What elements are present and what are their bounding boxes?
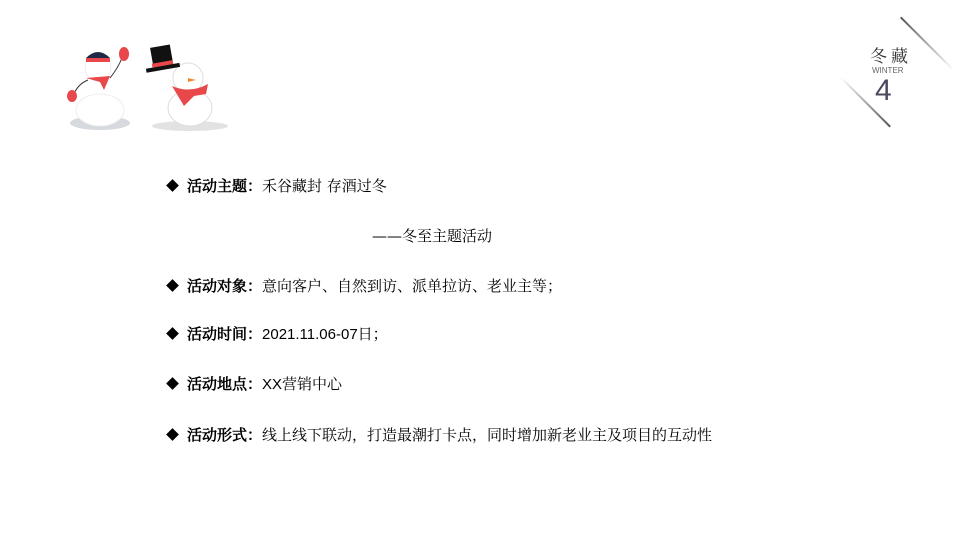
theme-subtitle: ——冬至主题活动	[372, 226, 492, 246]
item-label: 活动形式：	[187, 426, 262, 444]
item-label: 活动主题：	[187, 177, 262, 195]
list-item-audience: 活动对象：意向客户、自然到访、派单拉访、老业主等；	[165, 276, 562, 296]
badge-number: 4	[875, 74, 892, 108]
item-value: 禾谷藏封 存酒过冬	[262, 177, 387, 195]
diamond-bullet-icon	[166, 179, 179, 192]
snowmen-illustration	[60, 38, 235, 138]
list-item-theme: 活动主题：禾谷藏封 存酒过冬	[165, 176, 387, 196]
item-label: 活动时间：	[187, 325, 262, 343]
diamond-bullet-icon	[166, 327, 179, 340]
item-value: 意向客户、自然到访、派单拉访、老业主等；	[262, 277, 562, 295]
item-value: 2021.11.06-07日；	[262, 326, 388, 343]
list-item-time: 活动时间：2021.11.06-07日；	[165, 324, 388, 345]
section-badge: 冬藏 WINTER 4	[830, 10, 950, 130]
list-item-format: 活动形式：线上线下联动，打造最潮打卡点，同时增加新老业主及项目的互动性	[165, 425, 712, 445]
item-value: XX营销中心	[262, 376, 342, 393]
item-label: 活动对象：	[187, 277, 262, 295]
item-label: 活动地点：	[187, 375, 262, 393]
diamond-bullet-icon	[166, 428, 179, 441]
diamond-bullet-icon	[166, 279, 179, 292]
item-value: 线上线下联动，打造最潮打卡点，同时增加新老业主及项目的互动性	[262, 426, 712, 444]
badge-title: 冬藏	[870, 42, 912, 67]
list-item-location: 活动地点：XX营销中心	[165, 374, 342, 395]
diamond-bullet-icon	[166, 377, 179, 390]
